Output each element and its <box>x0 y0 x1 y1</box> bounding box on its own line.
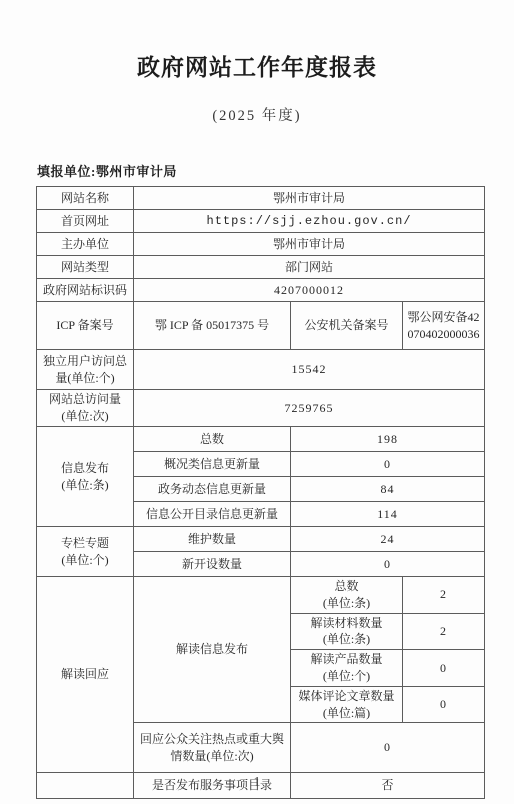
police-record-value: 鄂公网安备42070402000036 <box>403 302 485 350</box>
special-columns-row-label: 维护数量 <box>134 527 291 552</box>
info-publish-row-value: 114 <box>291 502 485 527</box>
host-unit-value: 鄂州市审计局 <box>134 233 485 256</box>
homepage-url-value: https://sjj.ezhou.gov.cn/ <box>134 210 485 233</box>
table-row: 网站名称 鄂州市审计局 <box>37 187 485 210</box>
table-row: 独立用户访问总量(单位:个) 15542 <box>37 350 485 390</box>
page-number: 1 <box>0 775 514 791</box>
interpretation-publish-label: 解读信息发布 <box>134 577 291 723</box>
homepage-url-label: 首页网址 <box>37 210 134 233</box>
special-columns-row-value: 24 <box>291 527 485 552</box>
website-type-label: 网站类型 <box>37 256 134 279</box>
page-subtitle: (2025 年度) <box>0 104 514 125</box>
document-page: 政府网站工作年度报表 (2025 年度) 填报单位:鄂州市审计局 网站名称 鄂州… <box>0 0 514 804</box>
interpretation-section-label: 解读回应 <box>37 577 134 773</box>
special-columns-row-value: 0 <box>291 552 485 577</box>
website-name-label: 网站名称 <box>37 187 134 210</box>
info-publish-section-label: 信息发布 (单位:条) <box>37 427 134 527</box>
interpretation-row-label: 解读材料数量 (单位:条) <box>291 613 403 650</box>
reporting-unit: 填报单位:鄂州市审计局 <box>37 161 514 180</box>
total-visits-value: 7259765 <box>134 390 485 427</box>
total-visits-label: 网站总访问量 (单位:次) <box>37 390 134 427</box>
interpretation-row-label: 媒体评论文章数量 (单位:篇) <box>291 686 403 723</box>
website-name-value: 鄂州市审计局 <box>134 187 485 210</box>
website-type-value: 部门网站 <box>134 256 485 279</box>
interpretation-row-value: 2 <box>403 577 485 614</box>
info-publish-row-value: 0 <box>291 452 485 477</box>
table-row: 专栏专题 (单位:个) 维护数量 24 <box>37 527 485 552</box>
public-response-label: 回应公众关注热点或重大舆情数量(单位:次) <box>134 723 291 773</box>
icp-value: 鄂 ICP 备 05017375 号 <box>134 302 291 350</box>
site-id-code-label: 政府网站标识码 <box>37 279 134 302</box>
special-columns-section-label: 专栏专题 (单位:个) <box>37 527 134 577</box>
table-row: 信息发布 (单位:条) 总数 198 <box>37 427 485 452</box>
info-publish-row-label: 信息公开目录信息更新量 <box>134 502 291 527</box>
table-row: 主办单位 鄂州市审计局 <box>37 233 485 256</box>
info-publish-row-label: 总数 <box>134 427 291 452</box>
public-response-value: 0 <box>291 723 485 773</box>
icp-label: ICP 备案号 <box>37 302 134 350</box>
site-id-code-value: 4207000012 <box>134 279 485 302</box>
interpretation-row-value: 0 <box>403 686 485 723</box>
unique-visitors-value: 15542 <box>134 350 485 390</box>
info-publish-row-label: 政务动态信息更新量 <box>134 477 291 502</box>
police-record-label: 公安机关备案号 <box>291 302 403 350</box>
special-columns-row-label: 新开设数量 <box>134 552 291 577</box>
info-publish-row-value: 84 <box>291 477 485 502</box>
unique-visitors-label: 独立用户访问总量(单位:个) <box>37 350 134 390</box>
table-row: 解读回应 解读信息发布 总数 (单位:条) 2 <box>37 577 485 614</box>
info-publish-row-label: 概况类信息更新量 <box>134 452 291 477</box>
table-row: 政府网站标识码 4207000012 <box>37 279 485 302</box>
table-row: ICP 备案号 鄂 ICP 备 05017375 号 公安机关备案号 鄂公网安备… <box>37 302 485 350</box>
interpretation-row-label: 总数 (单位:条) <box>291 577 403 614</box>
table-row: 首页网址 https://sjj.ezhou.gov.cn/ <box>37 210 485 233</box>
annual-report-table: 网站名称 鄂州市审计局 首页网址 https://sjj.ezhou.gov.c… <box>36 186 485 799</box>
info-publish-row-value: 198 <box>291 427 485 452</box>
interpretation-row-label: 解读产品数量 (单位:个) <box>291 650 403 687</box>
host-unit-label: 主办单位 <box>37 233 134 256</box>
interpretation-row-value: 0 <box>403 650 485 687</box>
table-row: 网站类型 部门网站 <box>37 256 485 279</box>
page-title: 政府网站工作年度报表 <box>0 0 514 82</box>
interpretation-row-value: 2 <box>403 613 485 650</box>
table-row: 网站总访问量 (单位:次) 7259765 <box>37 390 485 427</box>
